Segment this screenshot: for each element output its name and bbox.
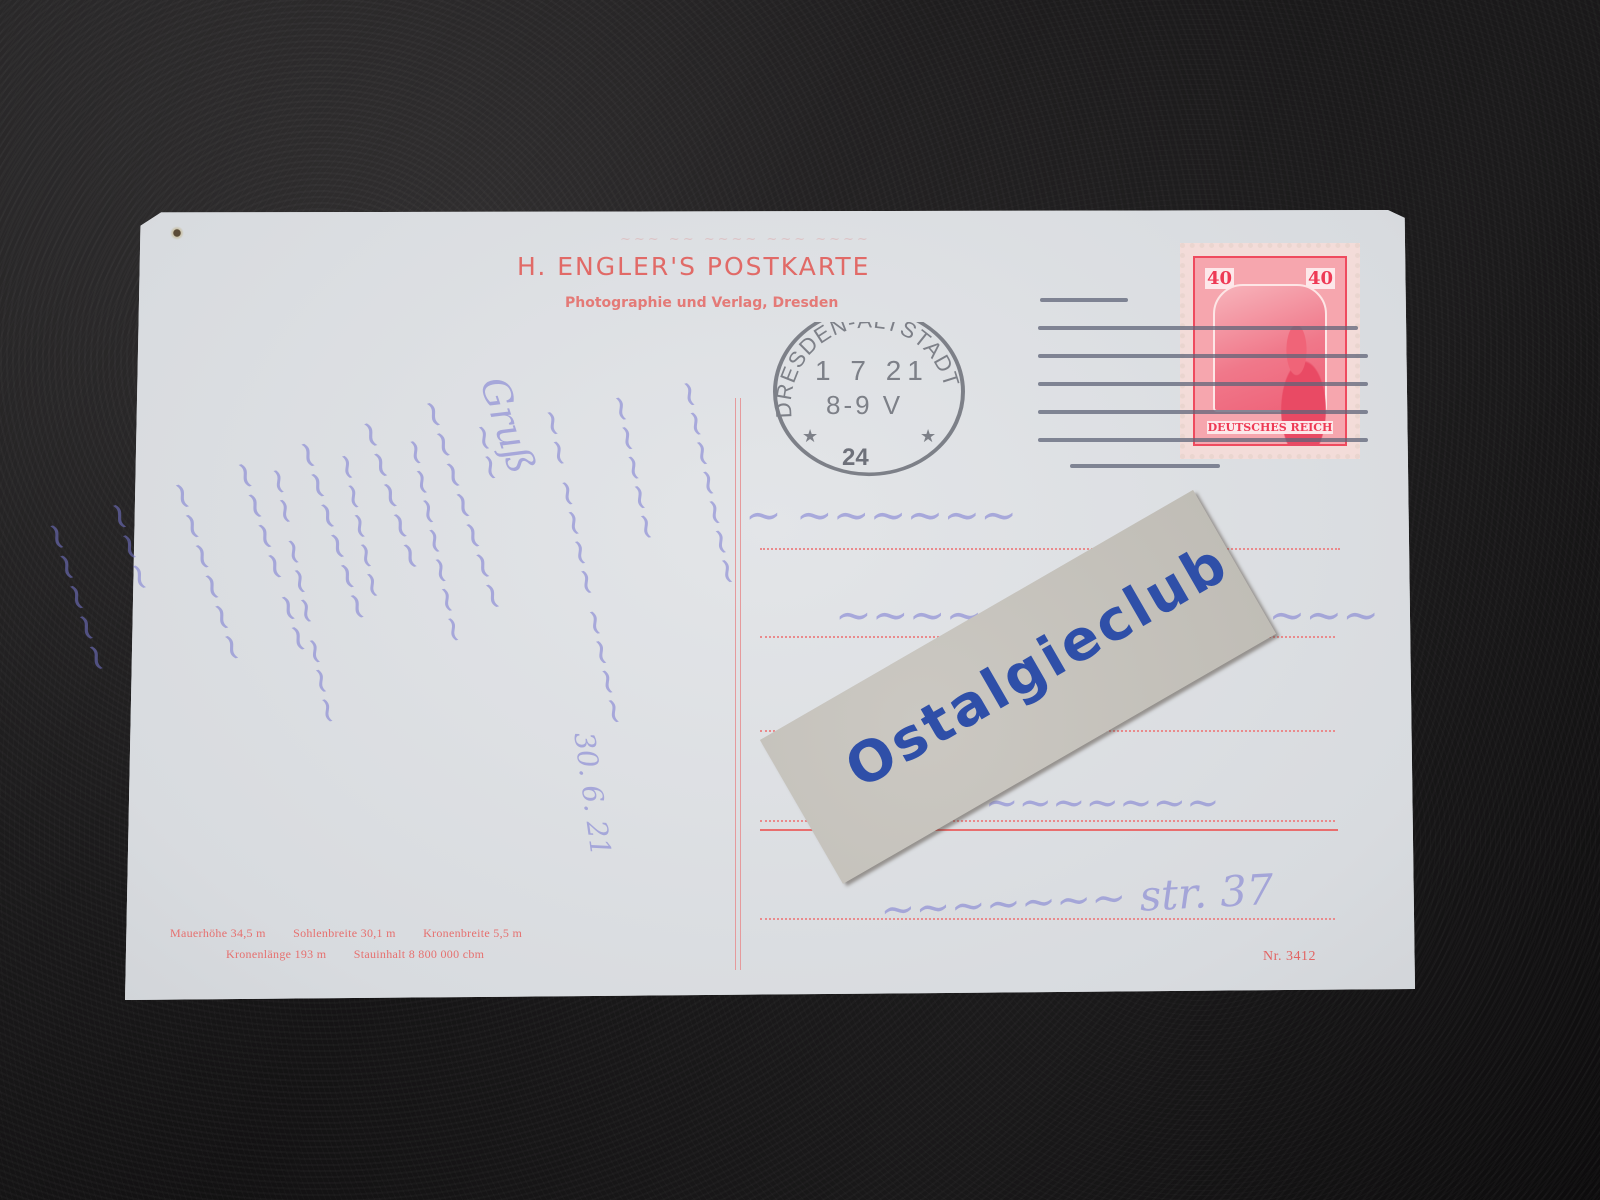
cancellation-bars (1030, 296, 1370, 476)
publisher-subtitle: Photographie und Verlag, Dresden (565, 295, 838, 311)
corner-damage (170, 226, 184, 240)
dam-specs-line-2: Kronenlänge 193 m Stauinhalt 8 800 000 c… (226, 947, 508, 962)
vertical-divider (735, 398, 741, 970)
svg-text:★: ★ (920, 426, 936, 446)
handwriting-address-3: ~~~~~~~ (985, 780, 1220, 826)
card-number: Nr. 3412 (1263, 949, 1316, 965)
dam-specs-line-1: Mauerhöhe 34,5 m Sohlenbreite 30,1 m Kro… (170, 926, 546, 941)
postmark-date: 1 7 21 (815, 355, 929, 387)
faded-print-bleed: ~~~ ~~ ~~~~ ~~~ ~~~~ (620, 232, 871, 247)
postmark-office-number: 24 (842, 444, 869, 472)
svg-text:★: ★ (802, 426, 818, 446)
postmark-time: 8-9 V (826, 390, 903, 421)
address-line-1 (760, 548, 1340, 550)
handwriting-address-1: ~ ~~~~~~ (745, 490, 1017, 541)
publisher-title: H. ENGLER'S POSTKARTE (517, 252, 870, 281)
stamp-value-right: 40 (1306, 268, 1335, 289)
